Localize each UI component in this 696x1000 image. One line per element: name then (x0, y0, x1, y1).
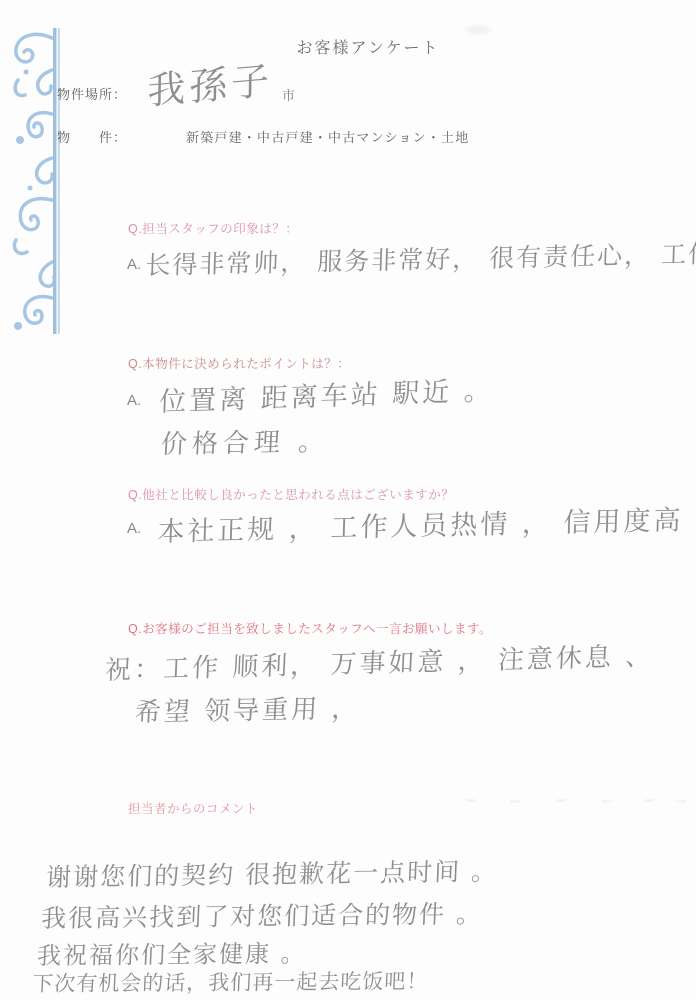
floral-border-ornament (6, 28, 64, 339)
answer-3-prefix: A. (127, 520, 141, 537)
answer-1-handwritten: 长得非常帅， 服务非常好， 很有责任心， 工作能力强 。 (145, 232, 696, 282)
staff-comment-heading: 担当者からのコメント (128, 799, 258, 817)
scan-smudge (465, 26, 491, 34)
property-field-value: 新築戸建・中古戸建・中古マンション・土地 (186, 127, 469, 146)
question-2-label: Q.本物件に決められたポイントは？： (128, 354, 350, 372)
answer-2-handwritten-line1: 位置离 距离车站 駅近 。 (159, 368, 495, 419)
location-field-label: 物件場所： (57, 84, 127, 103)
survey-form-page: お客様アンケート 物件場所： 我孫子 市 物 件： 新築戸建・中古戸建・中古マン… (0, 0, 696, 1000)
page-title: お客様アンケート (40, 35, 696, 58)
property-field-label: 物 件： (57, 127, 127, 146)
answer-1-prefix: A. (127, 256, 141, 273)
answer-4-handwritten-line2: 希望 领导重用 ， (134, 688, 361, 729)
question-4-label: Q.お客様のご担当を致しましたスタッフへ一言お願いします。 (128, 619, 492, 637)
answer-4-handwritten-line1: 祝：工作 顺利， 万事如意 ， 注意休息 、 (104, 636, 655, 687)
answer-2-handwritten-line2: 价格合理 。 (160, 421, 330, 461)
question-1-label: Q.担当スタッフの印象は？： (128, 219, 298, 237)
staff-comment-line4: 下次有机会的话，我们再一起去吃饭吧！ (32, 965, 429, 998)
question-3-label: Q.他社と比較し良かったと思われる点はございますか？ (128, 485, 454, 503)
vine-border-icon (6, 28, 64, 334)
staff-comment-line2: 我很高兴找到了对您们适合的物件 。 (40, 894, 483, 935)
staff-comment-line1: 谢谢您们的契约 很抱歉花一点时间 。 (46, 852, 499, 894)
answer-2-prefix: A. (127, 392, 141, 409)
location-city-suffix: 市 (282, 85, 296, 104)
location-field-handwritten-value: 我孫子 (147, 49, 274, 115)
